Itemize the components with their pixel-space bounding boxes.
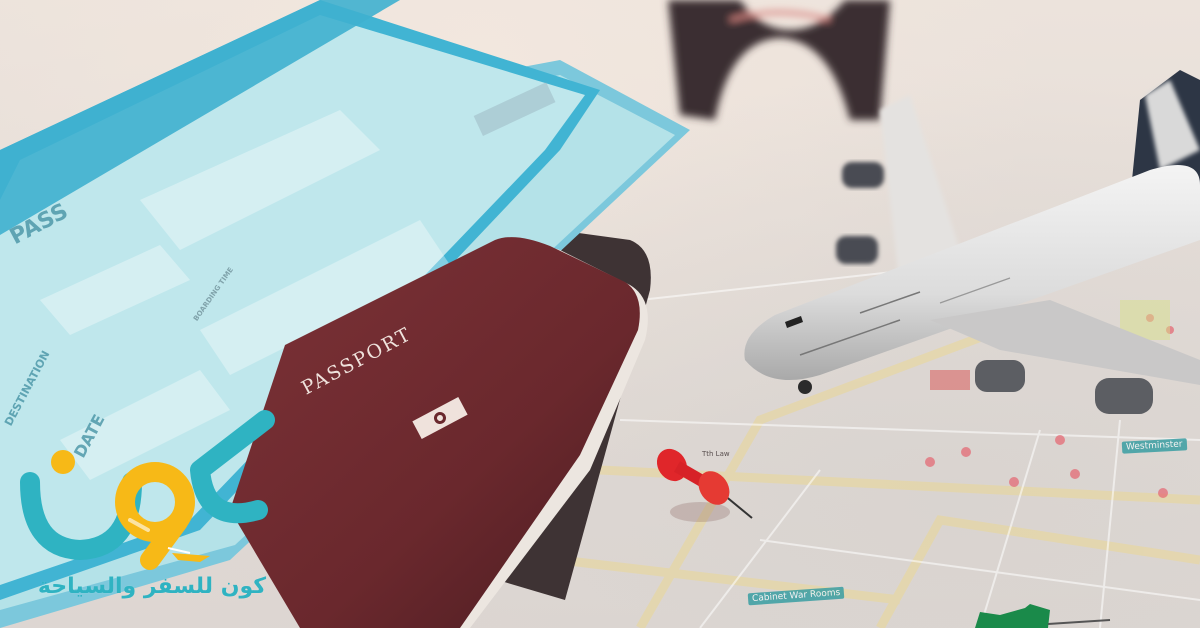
brand-logo	[0, 0, 1200, 628]
travel-photo: PASS DESTINATION DATE BOARDING TIME PASS…	[0, 0, 1200, 628]
brand-tagline: كون للسفر والسياحة	[22, 574, 282, 599]
